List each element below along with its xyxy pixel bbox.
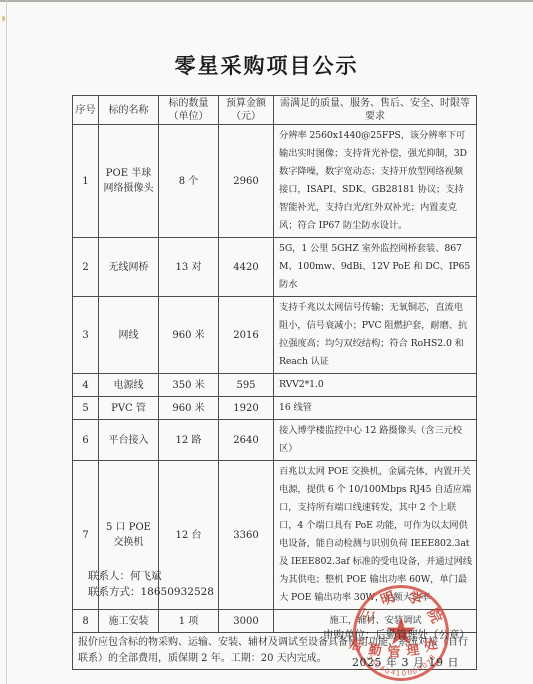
purchasing-unit-line: 申购单位：后勤管理处（公章）: [323, 627, 470, 642]
item-qty: 12 路: [159, 420, 219, 461]
scanned-document-page: 零星采购项目公示 序号 标的名称 标的数量（单位） 预算金额（元） 需满足的质量…: [0, 0, 533, 684]
item-budget: 3360: [219, 461, 274, 610]
item-name: 网线: [99, 297, 159, 374]
scan-speck-artifact: [2, 16, 5, 21]
scan-edge-artifact: [6, 0, 7, 684]
table-row: 6 平台接入 12 路 2640 接入博学楼监控中心 12 路摄像头（含三元校区…: [73, 420, 477, 461]
table-header-row: 序号 标的名称 标的数量（单位） 预算金额（元） 需满足的质量、服务、售后、安全…: [73, 96, 477, 125]
col-header-name: 标的名称: [99, 96, 159, 125]
row-no: 4: [73, 374, 99, 397]
item-budget: 595: [219, 374, 274, 397]
item-name: 电源线: [99, 374, 159, 397]
row-no: 6: [73, 420, 99, 461]
col-header-budget: 预算金额（元）: [219, 96, 274, 125]
item-budget: 2960: [219, 125, 274, 238]
table-row: 2 无线网桥 13 对 4420 5G，1 公里 5GHZ 室外监控网桥套装、8…: [73, 238, 477, 297]
item-name: 施工安装: [99, 610, 159, 633]
item-name: PVC 管: [99, 397, 159, 420]
row-no: 3: [73, 297, 99, 374]
seal-code-digit: 0: [402, 670, 407, 677]
col-header-requirements: 需满足的质量、服务、售后、安全、时限等要求: [274, 96, 477, 125]
item-qty: 960 米: [159, 397, 219, 420]
item-budget: 4420: [219, 238, 274, 297]
col-header-no: 序号: [73, 96, 99, 125]
row-no: 1: [73, 125, 99, 238]
item-qty: 13 对: [159, 238, 219, 297]
row-no: 5: [73, 397, 99, 420]
table-row: 3 网线 960 米 2016 支持千兆以太网信号传输；无氧铜芯，直流电阻小，信…: [73, 297, 477, 374]
item-qty: 350 米: [159, 374, 219, 397]
item-qty: 960 米: [159, 297, 219, 374]
item-budget: 1920: [219, 397, 274, 420]
item-name: 平台接入: [99, 420, 159, 461]
item-requirements: 分辨率 2560x1440@25FPS，该分辨率下可输出实时图像；支持背光补偿，…: [274, 125, 477, 238]
table-row: 5 PVC 管 960 米 1920 16 线管: [73, 397, 477, 420]
item-budget: 2016: [219, 297, 274, 374]
item-name: POE 半球网络摄像头: [99, 125, 159, 238]
table-row: 1 POE 半球网络摄像头 8 个 2960 分辨率 2560x1440@25F…: [73, 125, 477, 238]
row-no: 2: [73, 238, 99, 297]
page-title: 零星采购项目公示: [0, 50, 533, 80]
item-requirements: 5G，1 公里 5GHZ 室外监控网桥套装、867M、100mw、9dBi、12…: [274, 238, 477, 297]
contact-block: 联系人：何飞斌 联系方式：18650932528: [88, 569, 214, 600]
item-requirements: 支持千兆以太网信号传输；无氧铜芯，直流电阻小，信号衰减小；PVC 阻燃护套，耐磨…: [274, 297, 477, 374]
item-requirements: 接入博学楼监控中心 12 路摄像头（含三元校区）: [274, 420, 477, 461]
scan-edge-artifact: [0, 0, 533, 2]
table-row: 4 电源线 350 米 595 RVV2*1.0: [73, 374, 477, 397]
col-header-qty: 标的数量（单位）: [159, 96, 219, 125]
item-requirements: RVV2*1.0: [274, 374, 477, 397]
item-qty: 1 项: [159, 610, 219, 633]
item-name: 无线网桥: [99, 238, 159, 297]
row-no: 8: [73, 610, 99, 633]
seal-code-digit: 1: [396, 670, 401, 677]
contact-person: 联系人：何飞斌: [88, 569, 214, 585]
item-budget: 3000: [219, 610, 274, 633]
item-qty: 8 个: [159, 125, 219, 238]
document-date: 2025 年 3 月 19 日: [352, 654, 459, 670]
item-budget: 2640: [219, 420, 274, 461]
item-requirements: 16 线管: [274, 397, 477, 420]
contact-phone: 联系方式：18650932528: [88, 585, 214, 601]
